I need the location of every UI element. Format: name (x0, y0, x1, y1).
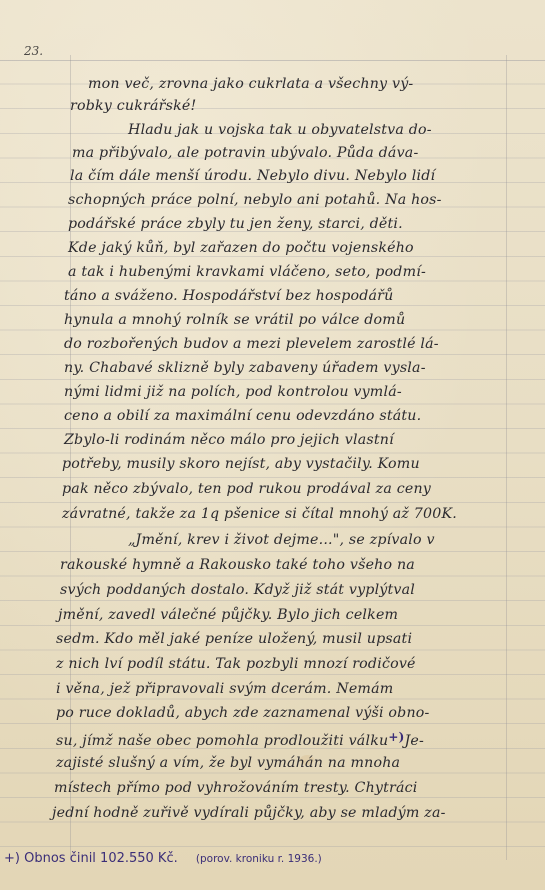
text-line: pak něco zbývalo, ten pod rukou prodával… (62, 481, 431, 497)
text-line: „Jmění, krev i život dejme...", se zpíva… (128, 532, 435, 548)
text-line: jední hodně zuřivě vydírali půjčky, aby … (52, 805, 446, 821)
text-line: Hladu jak u vojska tak u obyvatelstva do… (128, 122, 432, 138)
text-line: potřeby, musily skoro nejíst, aby vystač… (62, 456, 420, 472)
text-line: jmění, zavedl válečné půjčky. Bylo jich … (58, 607, 398, 623)
top-rule (0, 60, 545, 61)
footnote-reference: (porov. kroniku r. 1936.) (196, 853, 322, 865)
line-tail: Je- (404, 733, 423, 749)
line-text: su, jímž naše obec pomohla prodloužiti v… (56, 733, 388, 749)
page-number: 23. (24, 44, 43, 58)
footnote-mark: +) (388, 730, 404, 744)
text-line: sedm. Kdo měl jaké peníze uložený, musil… (56, 631, 412, 647)
text-line: zajisté slušný a vím, že byl vymáhán na … (56, 755, 400, 771)
footnote-mark: +) (4, 851, 20, 866)
text-line: z nich lví podíl státu. Tak pozbyli mnoz… (56, 656, 416, 672)
right-margin-line (506, 55, 507, 860)
text-line: mon več, zrovna jako cukrlata a všechny … (88, 76, 413, 92)
text-line: a tak i hubenými kravkami vláčeno, seto,… (68, 264, 426, 280)
footnote-text: Obnos činil 102.550 Kč. (24, 851, 178, 866)
text-line: la čím dále menší úrodu. Nebylo divu. Ne… (70, 168, 435, 184)
text-line: táno a sváženo. Hospodářství bez hospodá… (64, 288, 393, 304)
text-line: hynula a mnohý rolník se vrátil po válce… (64, 312, 405, 328)
text-line: ny. Chabavé sklizně byly zabaveny úřadem… (64, 360, 426, 376)
text-line: po ruce dokladů, abych zde zaznamenal vý… (56, 705, 430, 721)
text-line: su, jímž naše obec pomohla prodloužiti v… (56, 730, 424, 749)
text-line: i věna, jež připravovali svým dcerám. Ne… (56, 681, 393, 697)
text-line: Kde jaký kůň, byl zařazen do počtu vojen… (68, 240, 414, 256)
notebook-page: 23. mon več, zrovna jako cukrlata a všec… (0, 0, 545, 890)
text-line: schopných práce polní, nebylo ani potahů… (68, 192, 442, 208)
text-line: ceno a obilí za maximální cenu odevzdáno… (64, 408, 421, 424)
text-line: závratné, takže za 1q pšenice si čítal m… (62, 506, 457, 522)
text-line: do rozbořených budov a mezi plevelem zar… (64, 336, 439, 352)
footnote: +) Obnos činil 102.550 Kč. (porov. kroni… (4, 851, 322, 866)
text-line: nými lidmi již na polích, pod kontrolou … (64, 384, 402, 400)
text-line: ma přibývalo, ale potravin ubývalo. Půda… (72, 145, 418, 161)
text-line: podářské práce zbyly tu jen ženy, starci… (68, 216, 403, 232)
text-line: Zbylo-li rodinám něco málo pro jejich vl… (64, 432, 394, 448)
text-line: místech přímo pod vyhrožováním tresty. C… (54, 780, 418, 796)
text-line: robky cukrářské! (70, 98, 196, 114)
text-line: svých poddaných dostalo. Když již stát v… (60, 582, 415, 598)
text-line: rakouské hymně a Rakousko také toho všeh… (60, 557, 415, 573)
